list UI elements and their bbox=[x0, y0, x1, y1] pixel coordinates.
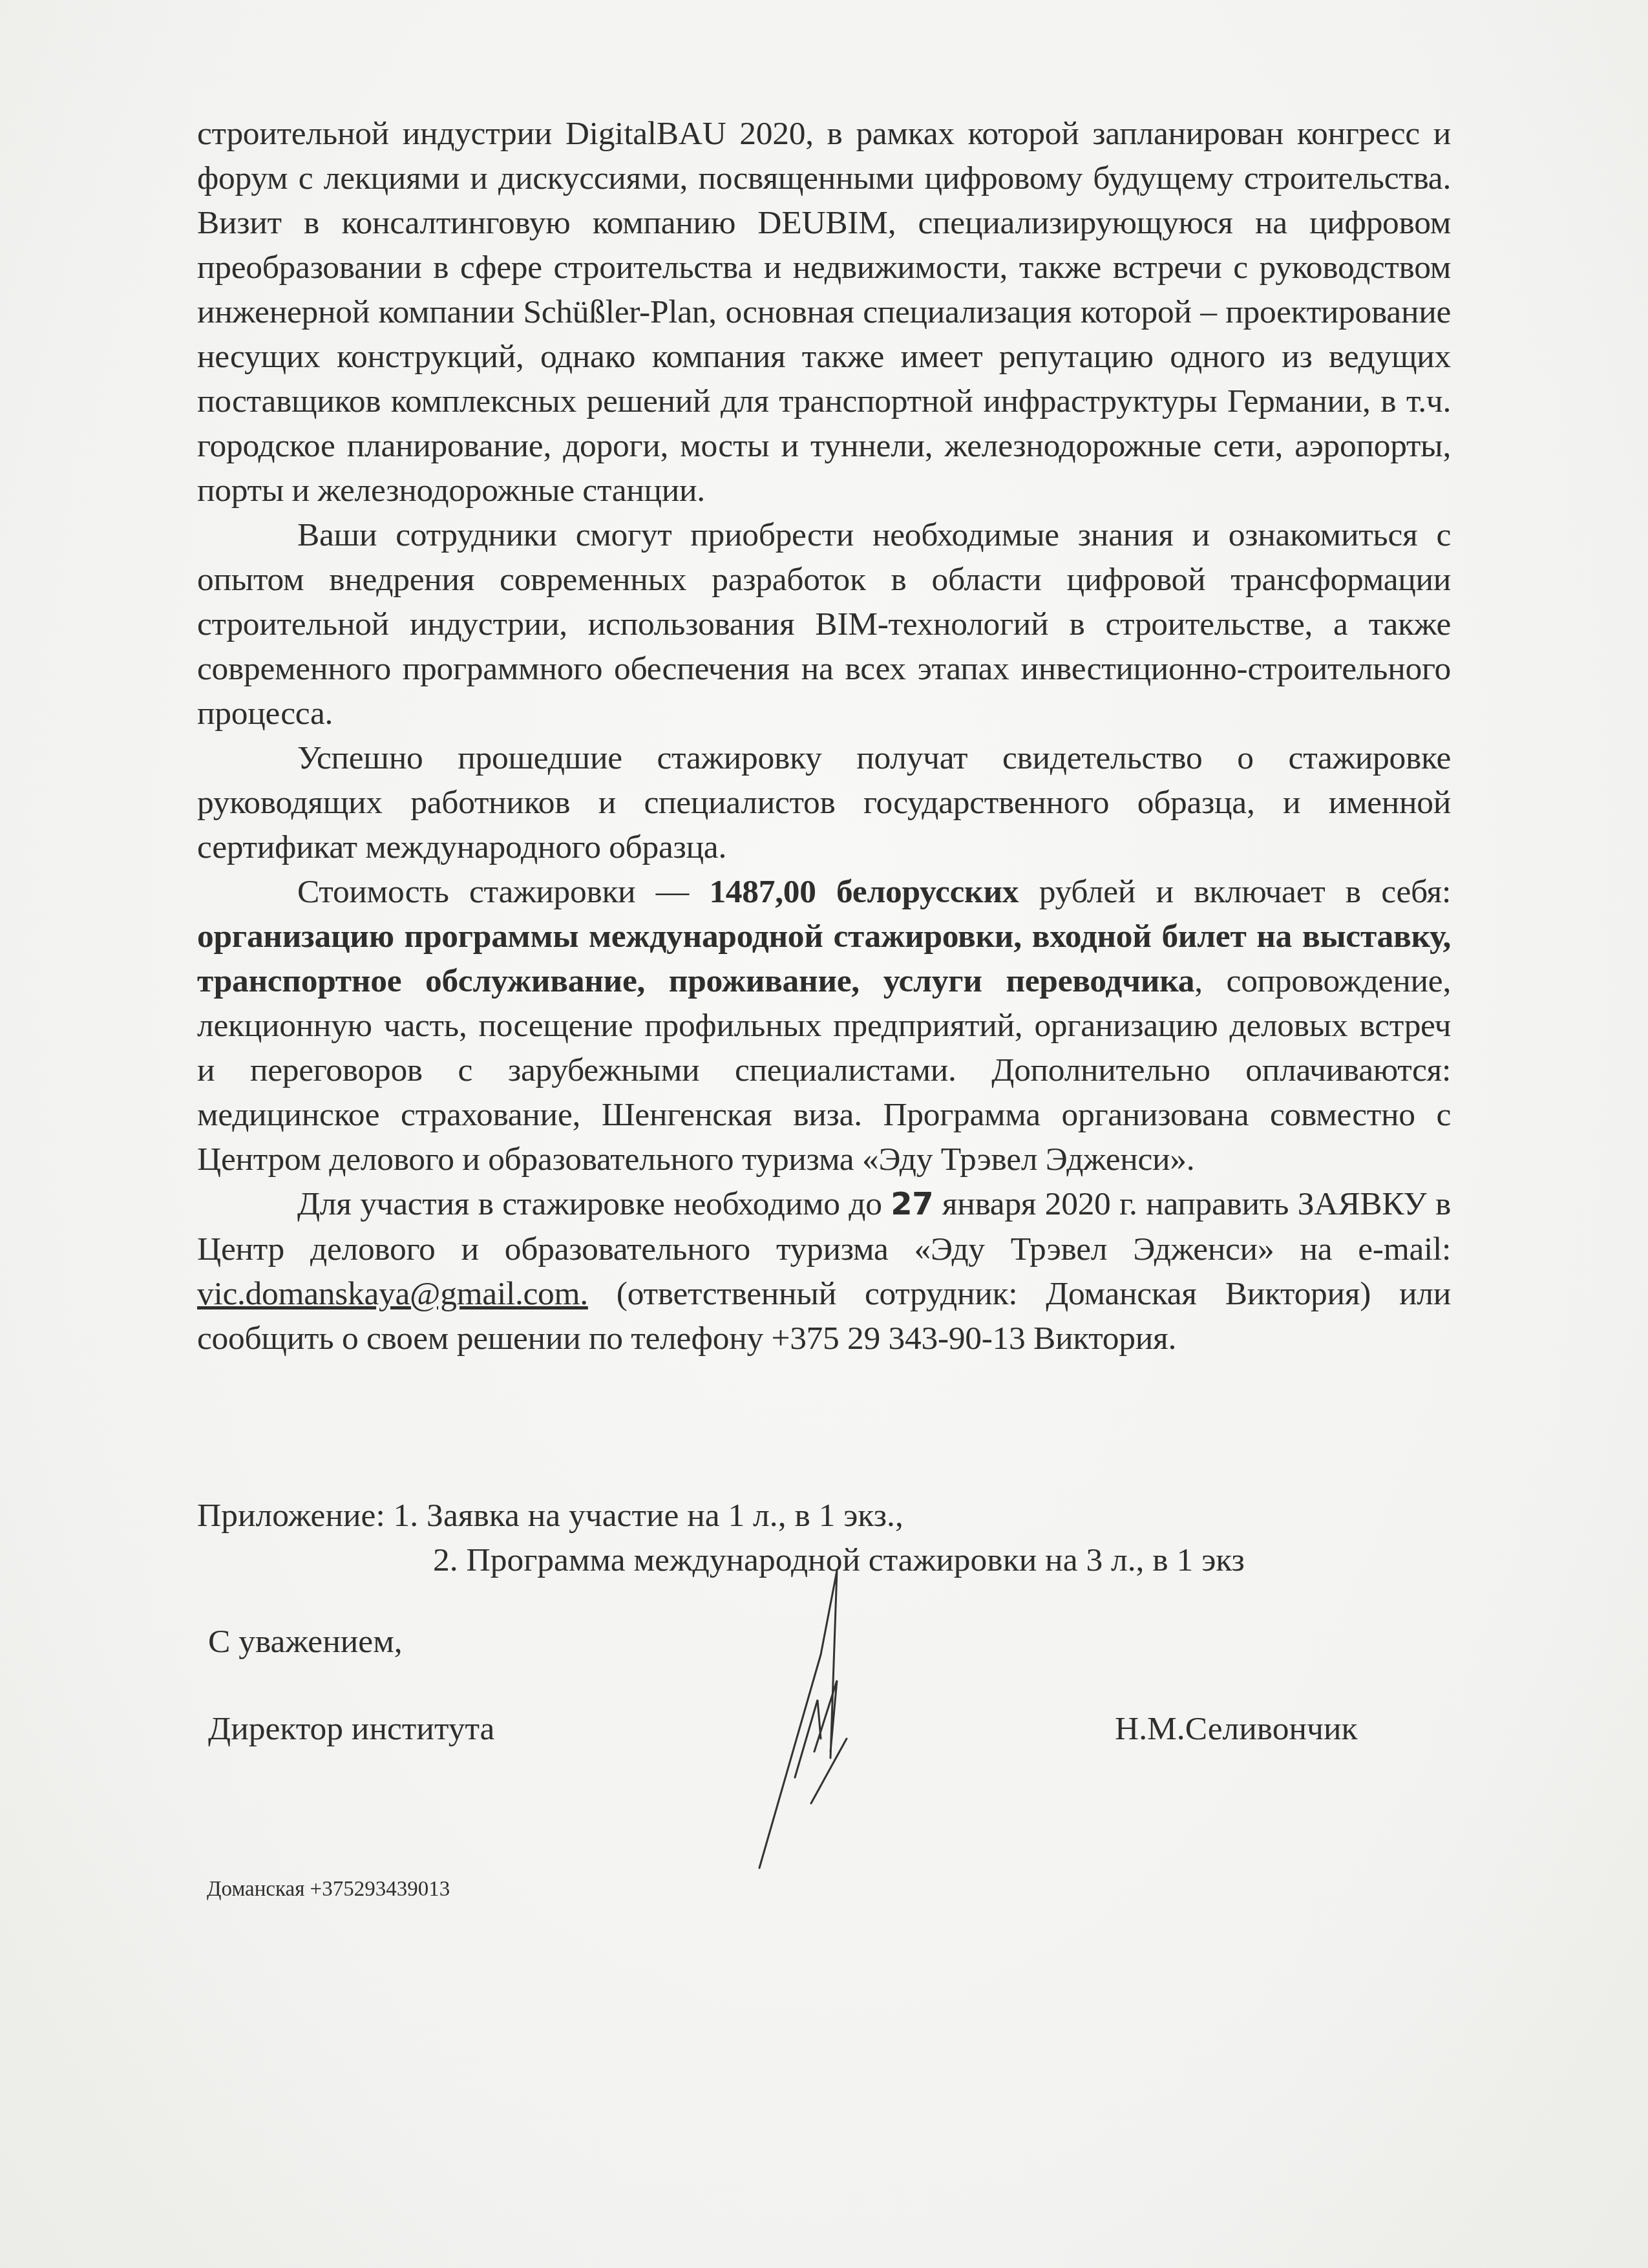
paragraph-benefits: Ваши сотрудники смогут приобрести необхо… bbox=[197, 513, 1451, 736]
paragraph-certificate: Успешно прошедшие стажировку получат сви… bbox=[197, 736, 1451, 869]
cost-text: Стоимость стажировки — bbox=[297, 873, 709, 910]
email-link[interactable]: vic.domanskaya@gmail.com. bbox=[197, 1275, 588, 1312]
signer-role: Директор института bbox=[208, 1710, 494, 1748]
application-text: Для участия в стажировке необходимо до bbox=[297, 1185, 891, 1222]
appendix-item-1: Приложение: 1. Заявка на участие на 1 л.… bbox=[197, 1493, 1245, 1538]
footer-contact: Доманская +375293439013 bbox=[207, 1878, 450, 1902]
signer-name: Н.М.Селивончик bbox=[1115, 1710, 1358, 1748]
cost-text: рублей и включает в себя: bbox=[1019, 873, 1451, 910]
document-page: строительной индустрии DigitalBAU 2020, … bbox=[0, 0, 1648, 2268]
deadline-day: 27 bbox=[891, 1186, 933, 1222]
paragraph-program-details: строительной индустрии DigitalBAU 2020, … bbox=[197, 111, 1451, 513]
paragraph-cost: Стоимость стажировки — 1487,00 белорусск… bbox=[197, 869, 1451, 1182]
letter-body: строительной индустрии DigitalBAU 2020, … bbox=[197, 111, 1451, 1361]
signature-icon bbox=[698, 1545, 905, 1881]
paragraph-application: Для участия в стажировке необходимо до 2… bbox=[197, 1182, 1451, 1361]
closing: С уважением, bbox=[208, 1622, 403, 1660]
price: 1487,00 белорусских bbox=[709, 873, 1019, 910]
